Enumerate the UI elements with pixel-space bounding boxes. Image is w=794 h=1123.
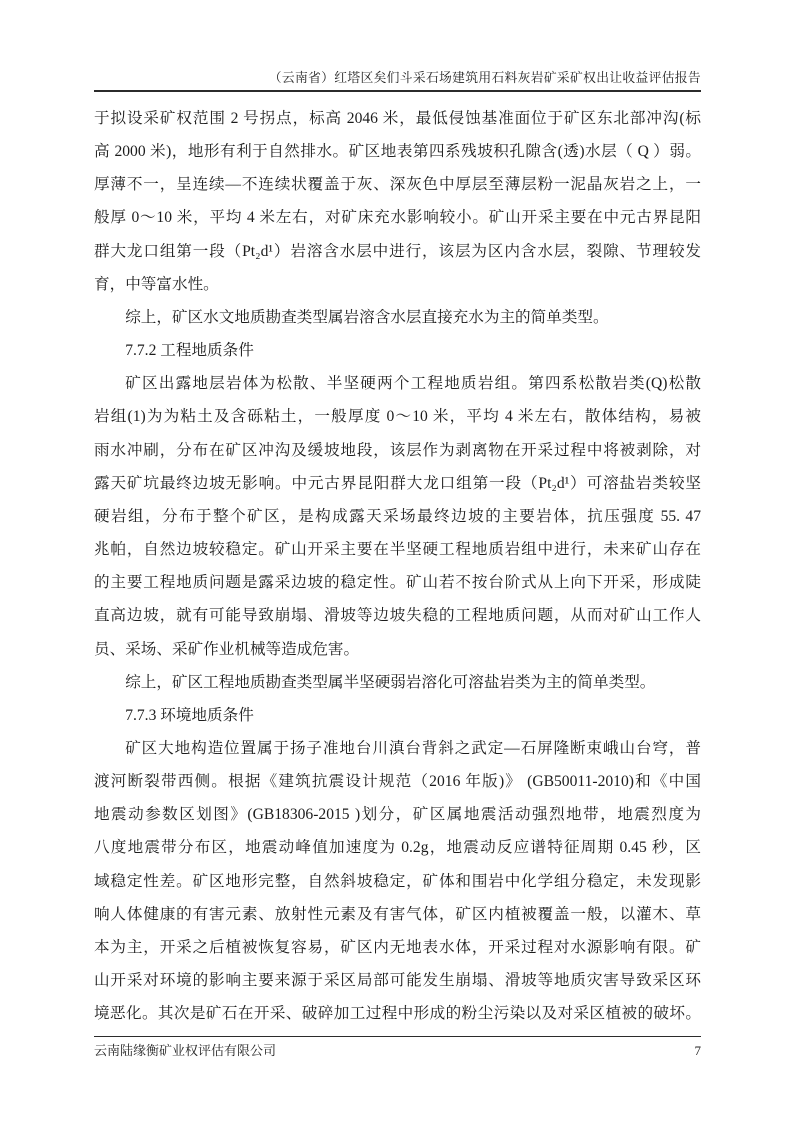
- page-footer: 云南陆缘衡矿业权评估有限公司 7: [94, 1036, 701, 1059]
- text-line: 育，中等富水性。: [94, 268, 701, 301]
- text-line: 7.7.2 工程地质条件: [94, 334, 701, 367]
- text-line: 厚薄不一，呈连续—不连续状覆盖于灰、深灰色中厚层至薄层粉一泥晶灰岩之上，一: [94, 168, 701, 201]
- document-body: 于拟设采矿权范围 2 号拐点，标高 2046 米，最低侵蚀基准面位于矿区东北部冲…: [94, 102, 701, 1030]
- text-line: 山开采对环境的影响主要来源于采区局部可能发生崩塌、滑坡等地质灾害导致采区环: [94, 964, 701, 997]
- document-page: （云南省）红塔区矣们斗采石场建筑用石料灰岩矿采矿权出让收益评估报告 于拟设采矿权…: [0, 0, 794, 1123]
- text-line: 渡河断裂带西侧。根据《建筑抗震设计规范（2016 年版)》 (GB50011-2…: [94, 765, 701, 798]
- text-line: 的主要工程地质问题是露采边坡的稳定性。矿山若不按台阶式从上向下开采，形成陡: [94, 566, 701, 599]
- text-line: 兆帕，自然边坡较稳定。矿山开采主要在半坚硬工程地质岩组中进行，未来矿山存在: [94, 533, 701, 566]
- text-line: 7.7.3 环境地质条件: [94, 699, 701, 732]
- text-line: 雨水冲刷，分布在矿区冲沟及缓坡地段，该层作为剥离物在开采过程中将被剥除，对: [94, 434, 701, 467]
- text-line: 露天矿坑最终边坡无影响。中元古界昆阳群大龙口组第一段（Pt₂d¹）可溶盐岩类较坚: [94, 467, 701, 500]
- text-line: 本为主，开采之后植被恢复容易，矿区内无地表水体，开采过程对水源影响有限。矿: [94, 931, 701, 964]
- text-line: 岩组(1)为为粘土及含砾粘土，一般厚度 0～10 米，平均 4 米左右，散体结构…: [94, 400, 701, 433]
- footer-company-name: 云南陆缘衡矿业权评估有限公司: [94, 1043, 276, 1059]
- text-line: 直高边坡，就有可能导致崩塌、滑坡等边坡失稳的工程地质问题，从而对矿山工作人: [94, 599, 701, 632]
- text-line: 于拟设采矿权范围 2 号拐点，标高 2046 米，最低侵蚀基准面位于矿区东北部冲…: [94, 102, 701, 135]
- text-line: 矿区出露地层岩体为松散、半坚硬两个工程地质岩组。第四系松散岩类(Q)松散: [94, 367, 701, 400]
- text-line: 矿区大地构造位置属于扬子准地台川滇台背斜之武定—石屏隆断束峨山台穹，普: [94, 732, 701, 765]
- text-line: 综上，矿区水文地质勘查类型属岩溶含水层直接充水为主的简单类型。: [94, 301, 701, 334]
- footer-page-number: 7: [695, 1043, 702, 1059]
- text-line: 硬岩组，分布于整个矿区，是构成露天采场最终边坡的主要岩体，抗压强度 55. 47: [94, 500, 701, 533]
- text-line: 域稳定性差。矿区地形完整，自然斜坡稳定，矿体和围岩中化学组分稳定，未发现影: [94, 865, 701, 898]
- report-title: （云南省）红塔区矣们斗采石场建筑用石料灰岩矿采矿权出让收益评估报告: [269, 71, 701, 85]
- text-line: 八度地震带分布区，地震动峰值加速度为 0.2g，地震动反应谱特征周期 0.45 …: [94, 831, 701, 864]
- text-line: 地震动参数区划图》(GB18306-2015 )划分，矿区属地震活动强烈地带，地…: [94, 798, 701, 831]
- page-header: （云南省）红塔区矣们斗采石场建筑用石料灰岩矿采矿权出让收益评估报告: [94, 70, 701, 92]
- text-line: 响人体健康的有害元素、放射性元素及有害气体，矿区内植被覆盖一般，以灌木、草: [94, 898, 701, 931]
- text-line: 境恶化。其次是矿石在开采、破碎加工过程中形成的粉尘污染以及对采区植被的破坏。: [94, 997, 701, 1030]
- text-line: 般厚 0～10 米，平均 4 米左右，对矿床充水影响较小。矿山开采主要在中元古界…: [94, 201, 701, 234]
- text-line: 群大龙口组第一段（Pt₂d¹）岩溶含水层中进行，该层为区内含水层，裂隙、节理较发: [94, 235, 701, 268]
- text-line: 员、采场、采矿作业机械等造成危害。: [94, 633, 701, 666]
- text-line: 综上，矿区工程地质勘查类型属半坚硬弱岩溶化可溶盐岩类为主的简单类型。: [94, 666, 701, 699]
- text-line: 高 2000 米)，地形有利于自然排水。矿区地表第四系残坡积孔隙含(透)水层（ …: [94, 135, 701, 168]
